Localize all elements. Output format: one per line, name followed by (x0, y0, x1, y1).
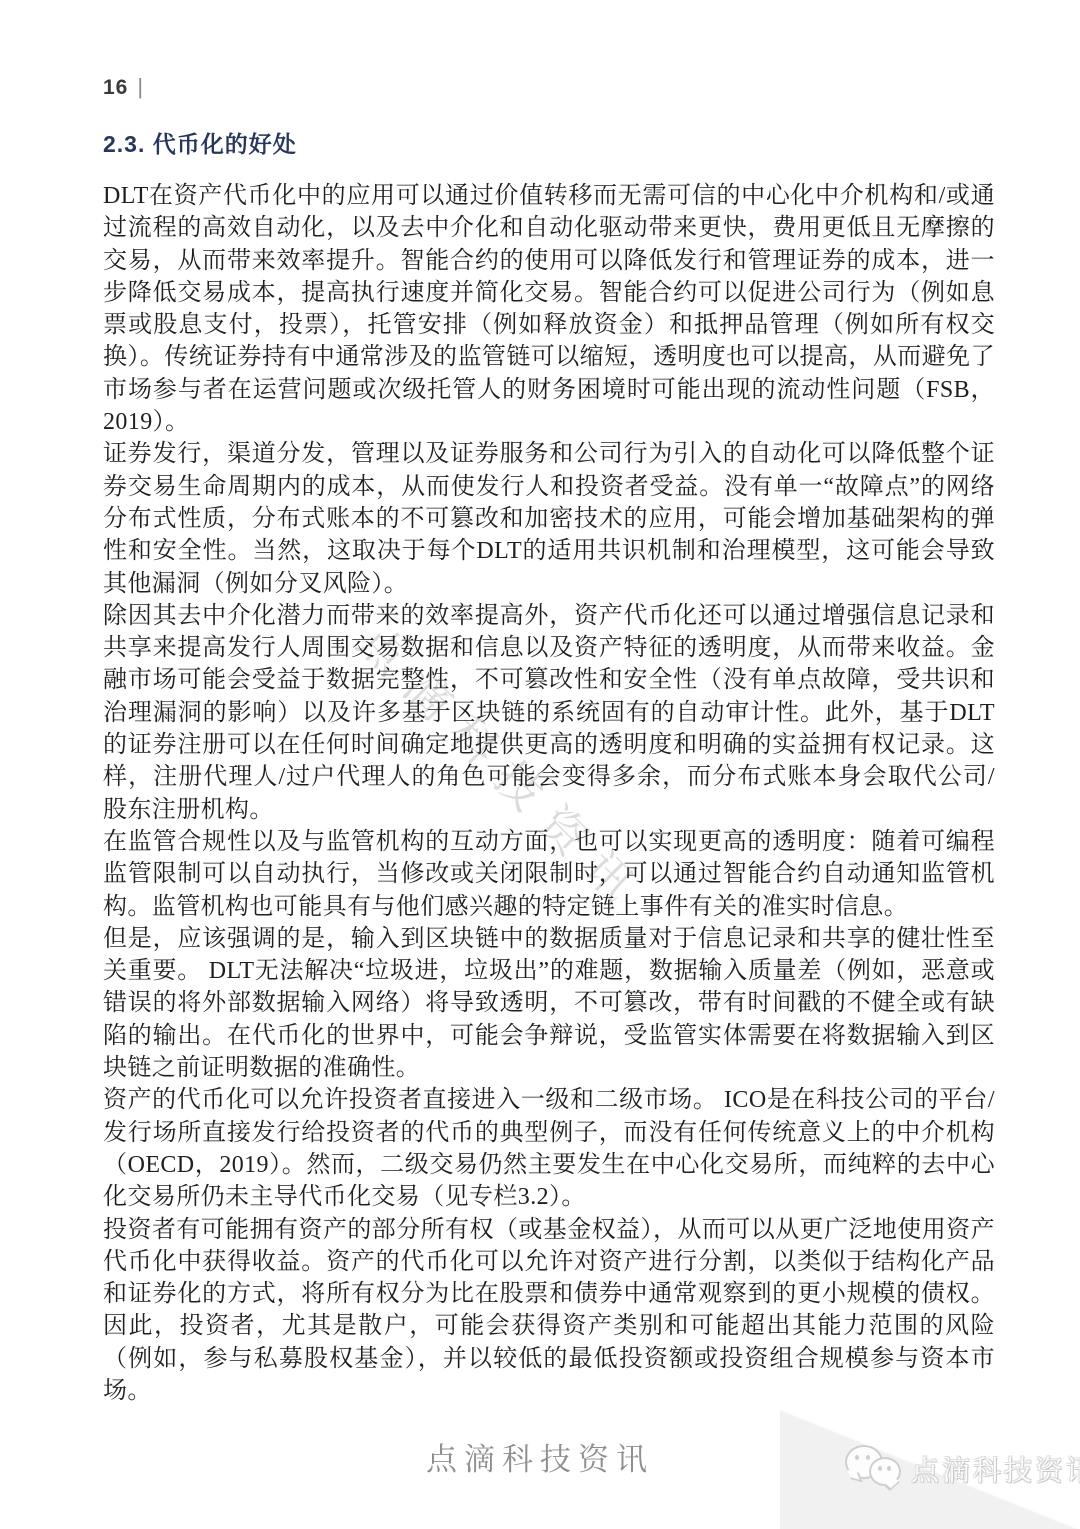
paragraph-1: DLT在资产代币化中的应用可以通过价值转移而无需可信的中心化中介机构和/或通过流… (103, 180, 995, 438)
page-number: 16| (103, 74, 144, 100)
body-text: DLT在资产代币化中的应用可以通过价值转移而无需可信的中心化中介机构和/或通过流… (103, 180, 995, 1407)
corner-branding: 点滴科技资讯 (845, 1443, 1080, 1495)
paragraph-3: 除因其去中介化潜力而带来的效率提高外，资产代币化还可以通过增强信息记录和共享来提… (103, 600, 995, 826)
paragraph-7: 投资者有可能拥有资产的部分所有权（或基金权益），从而可以从更广泛地使用资产代币化… (103, 1214, 995, 1408)
page-number-value: 16 (103, 76, 128, 99)
corner-logo-text: 点滴科技资讯 (911, 1449, 1080, 1489)
paragraph-4: 在监管合规性以及与监管机构的互动方面，也可以实现更高的透明度：随着可编程监管限制… (103, 826, 995, 923)
paragraph-5: 但是，应该强调的是，输入到区块链中的数据质量对于信息记录和共享的健壮性至关重要。… (103, 923, 995, 1084)
paragraph-2: 证券发行，渠道分发，管理以及证券服务和公司行为引入的自动化可以降低整个证券交易生… (103, 438, 995, 599)
paragraph-6: 资产的代币化可以允许投资者直接进入一级和二级市场。 ICO是在科技公司的平台/发… (103, 1084, 995, 1213)
page-number-separator: | (137, 74, 144, 99)
document-page: 16| 2.3. 代币化的好处 点滴科技资讯 DLT在资产代币化中的应用可以通过… (0, 0, 1080, 1529)
wechat-icon (845, 1443, 901, 1495)
section-heading: 2.3. 代币化的好处 (103, 126, 1003, 159)
